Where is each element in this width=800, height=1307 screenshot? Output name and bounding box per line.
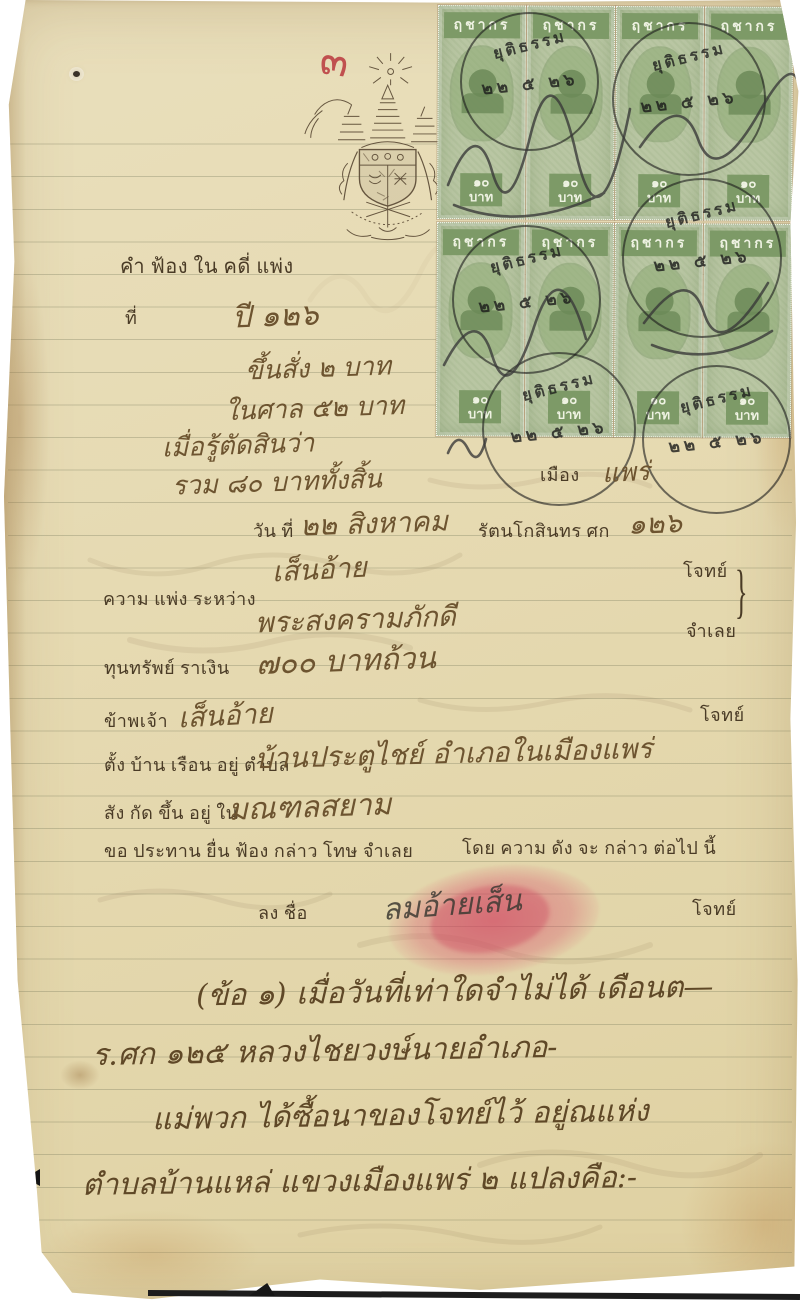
body-line: (ข้อ ๑) เมื่อวันที่เท่าใดจำไม่ได้ เดือนต… [196, 963, 714, 1019]
sunburst-icon [369, 53, 412, 85]
era-year-value: ๑๒๖ [627, 501, 683, 547]
fee-note-line: รวม ๘๐ บาททั้งสิ้น [171, 458, 382, 506]
body-line: ร.ศก ๑๒๕ หลวงไชยวงษ์นายอำเภอ- [92, 1024, 558, 1079]
ink-blot [25, 1169, 40, 1186]
plaintiff-label-3: โจทย์ [692, 894, 737, 923]
stamp-series-title: ฤชากร [444, 12, 520, 38]
amount-label: ทุนทรัพย์ ราเงิน [104, 653, 230, 682]
jurisdiction-value: มณฑลสยาม [227, 781, 392, 834]
signature-scrawl [430, 55, 800, 485]
plaintiff-signature: ลมอ้ายเส็น [381, 877, 524, 934]
plaintiff-label: โจทย์ [683, 556, 728, 585]
amount-value: ๗๐๐ บาทถ้วน [255, 635, 436, 688]
jurisdiction-label: สัง กัด ขึ้น อยู่ ใน [104, 798, 238, 827]
body-line: แม่พวก ได้ซื้อนาของโจทย์ไว้ อยู่ณแห่ง [152, 1088, 649, 1144]
fee-note-line: ขึ้นสั่ง ๒ บาท [244, 345, 391, 391]
era-label: รัตนโกสินทร ศก [478, 516, 610, 545]
body-line: ตำบลบ้านแหล่ แขวงเมืองแพร่ ๒ แปลงคือ:- [82, 1154, 638, 1209]
petition-line-left: ขอ ประทาน ยื่น ฟ้อง กล่าว โทษ จำเลย [104, 836, 413, 865]
pin-hole [73, 71, 80, 77]
stamp-series-title: ฤชากร [622, 13, 698, 39]
sign-label: ลง ชื่อ [258, 898, 308, 927]
plaintiff-label-2: โจทย์ [700, 700, 745, 729]
case-number-value: ปี ๑๒๖ [231, 292, 319, 342]
defendant-label: จำเลย [686, 616, 736, 645]
city-value: แพร่ [601, 451, 651, 494]
document-paper: ๓ ฤชากร๑๐บาท ฤชากร๑๐บาท ฤชากร๑๐บาท ฤชากร… [0, 0, 800, 1307]
stamp-series-title: ฤชากร [533, 13, 609, 39]
between-label: ความ แพ่ง ระหว่าง [103, 584, 256, 613]
brace-mark: } [735, 558, 747, 627]
city-label: เมือง [540, 460, 580, 489]
date-value: ๒๒ สิงหาคม [299, 499, 448, 548]
stamp-series-title: ฤชากร [711, 13, 787, 39]
scanned-document: ๓ ฤชากร๑๐บาท ฤชากร๑๐บาท ฤชากร๑๐บาท ฤชากร… [0, 0, 800, 1307]
i-label: ข้าพเจ้า [104, 706, 168, 735]
underlying-page-shadow [148, 1290, 800, 1300]
date-label: วัน ที่ [253, 516, 294, 545]
petition-line-right: โดย ความ ดัง จะ กล่าว ต่อไป นี้ [462, 833, 716, 862]
form-title: คำ ฟ้อง ใน คดี่ แพ่ง [120, 250, 294, 282]
plaintiff-name: เส็นอ้าย [271, 546, 368, 595]
case-number-label: ที่ [125, 303, 137, 332]
plaintiff-name-2: เส็นอ้าย [177, 692, 274, 741]
